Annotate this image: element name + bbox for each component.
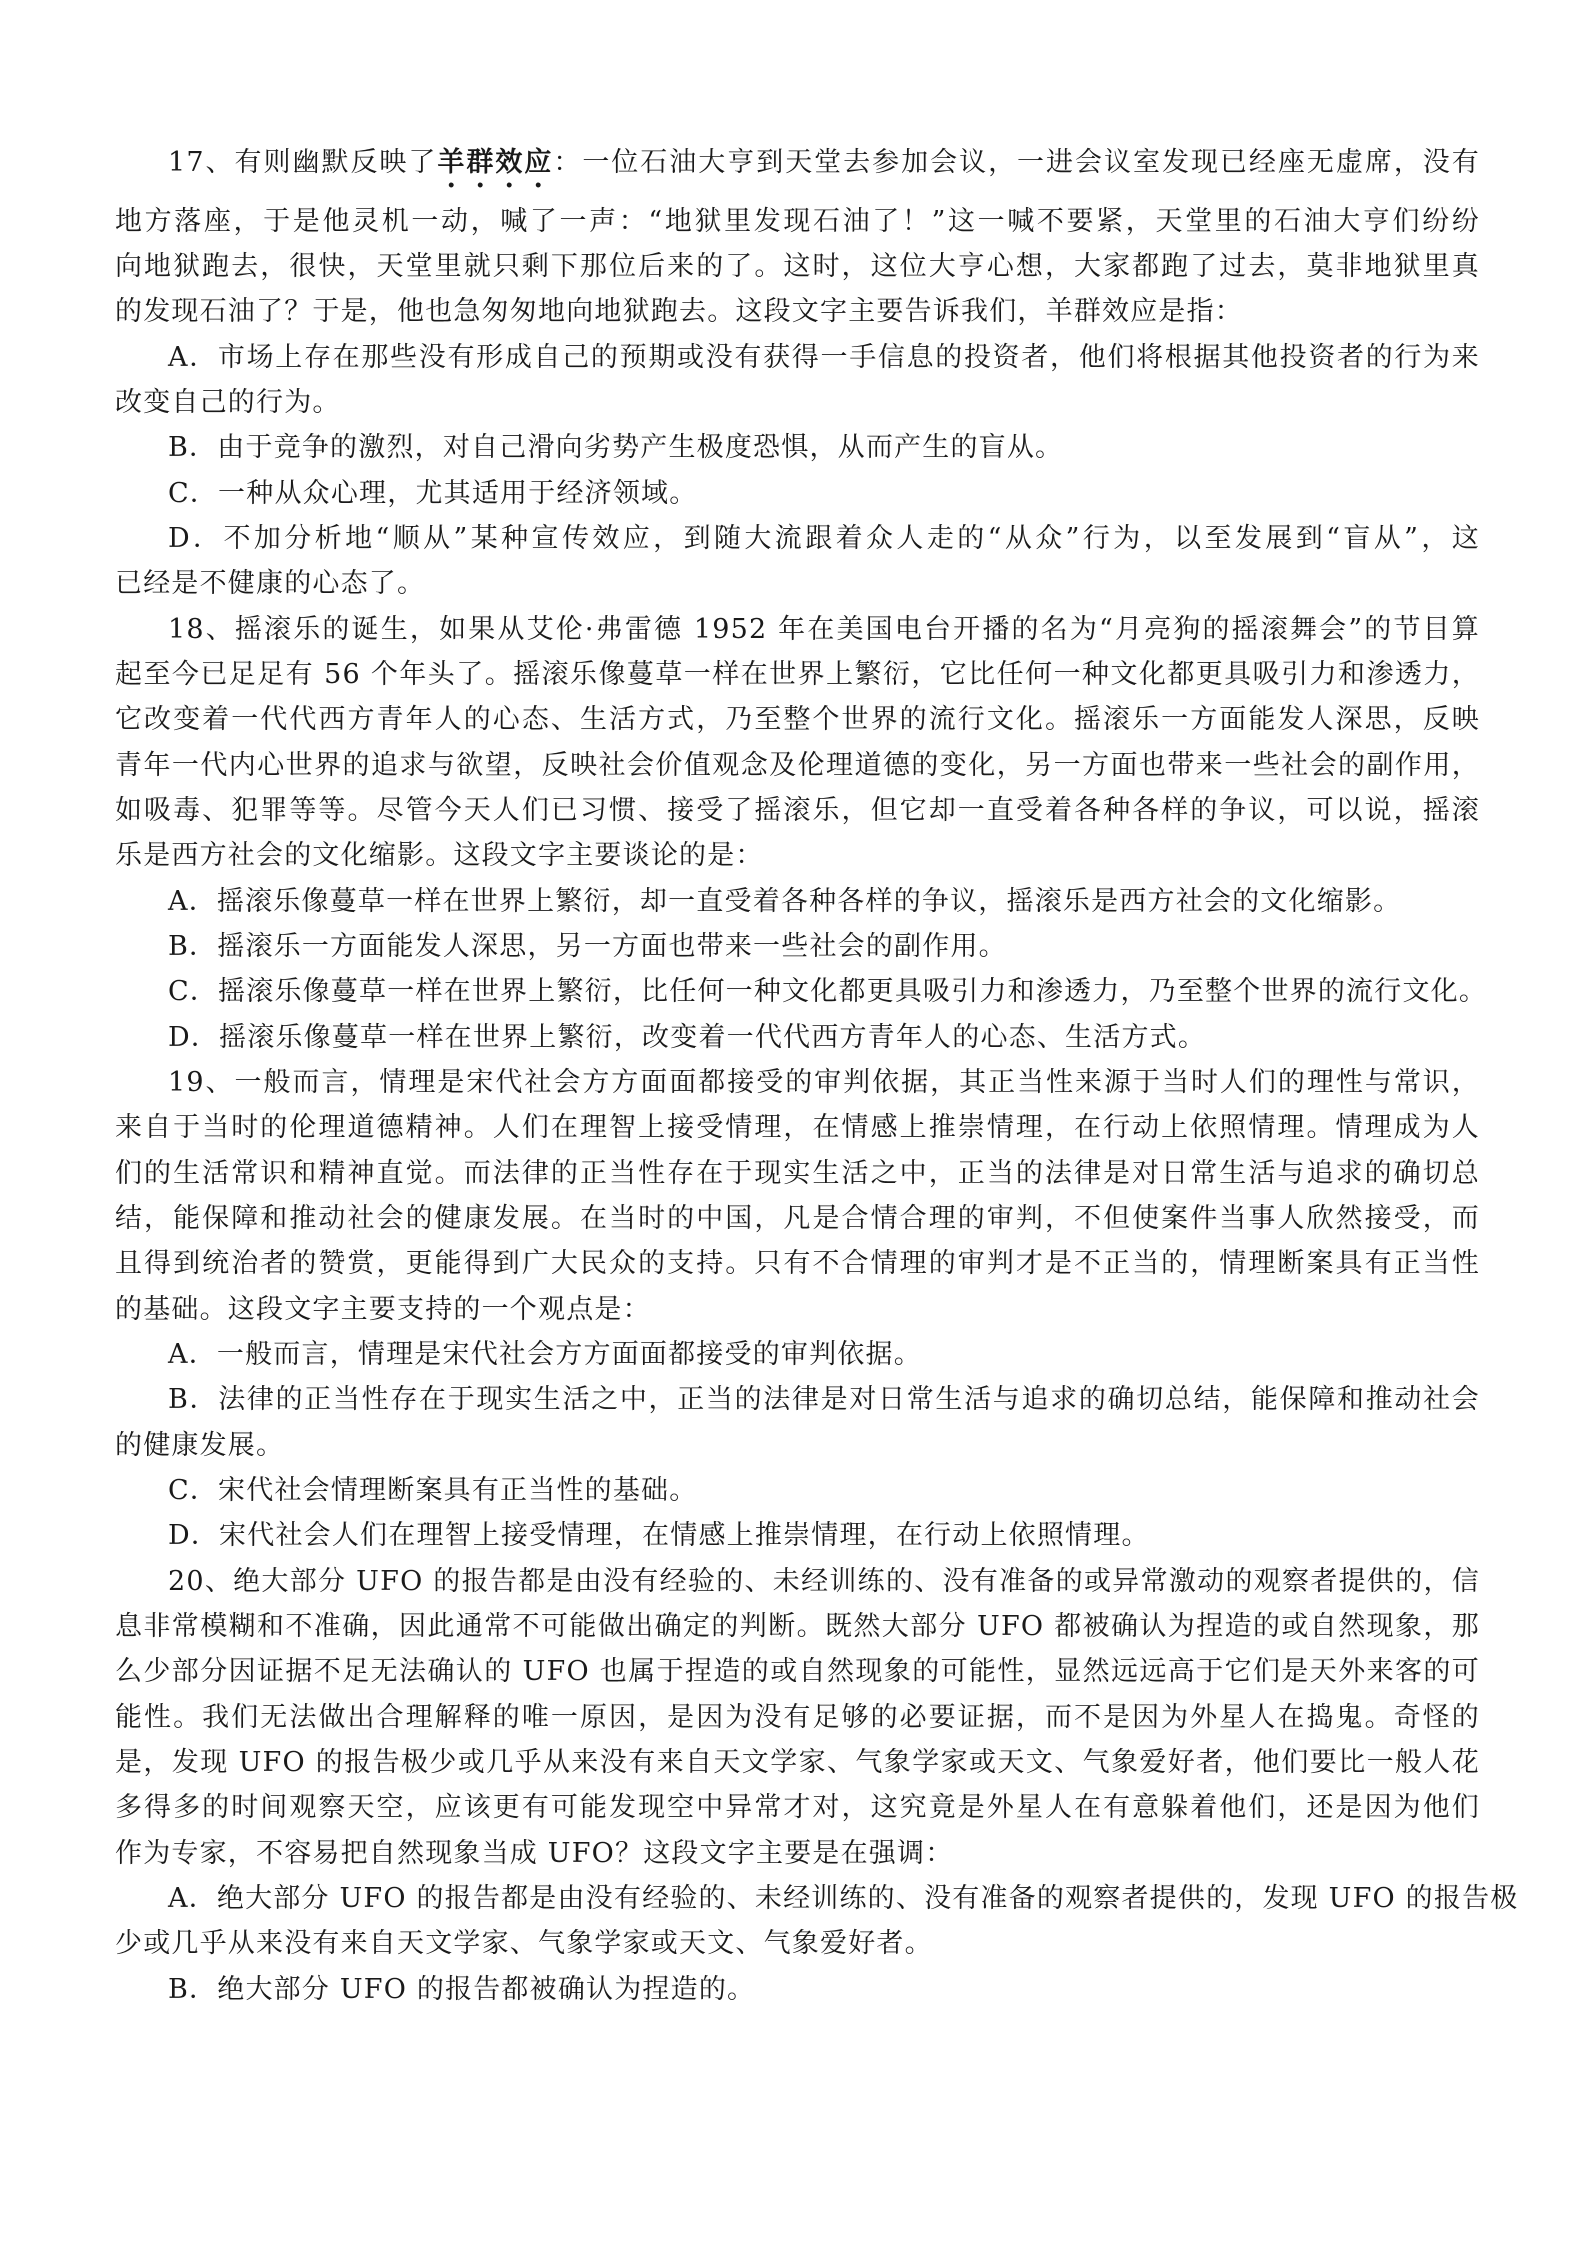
question-17-option-d-line-1: D．不加分析地“顺从”某种宣传效应，到随大流跟着众人走的“从众”行为，以至发展到… (168, 517, 1480, 561)
question-20-option-a-line-2: 少或几乎从来没有来自天文学家、气象学家或天文、气象爱好者。 (115, 1922, 1480, 1966)
question-17-stem-line-1: 17、有则幽默反映了羊群效应：一位石油大亨到天堂去参加会议，一进会议室发现已经座… (168, 141, 1480, 185)
question-18-stem-line-1: 18、摇滚乐的诞生，如果从艾伦·弗雷德 1952 年在美国电台开播的名为“月亮狗… (168, 608, 1480, 652)
question-20-stem-line-7: 作为专家，不容易把自然现象当成 UFO？这段文字主要是在强调： (115, 1832, 1480, 1876)
question-18-option-c: C．摇滚乐像蔓草一样在世界上繁衍，比任何一种文化都更具吸引力和渗透力，乃至整个世… (168, 970, 1480, 1014)
question-20-stem-line-6: 多得多的时间观察天空，应该更有可能发现空中异常才对，这究竟是外星人在有意躲着他们… (115, 1786, 1480, 1830)
question-19-stem-line-2: 来自于当时的伦理道德精神。人们在理智上接受情理，在情感上推崇情理，在行动上依照情… (115, 1106, 1480, 1150)
question-18-stem-line-3: 它改变着一代代西方青年人的心态、生活方式，乃至整个世界的流行文化。摇滚乐一方面能… (115, 698, 1480, 742)
question-17-stem-line-2: 地方落座，于是他灵机一动，喊了一声：“地狱里发现石油了！”这一喊不要紧，天堂里的… (115, 200, 1480, 244)
question-18-stem-line-4: 青年一代内心世界的追求与欲望，反映社会价值观念及伦理道德的变化，另一方面也带来一… (115, 744, 1480, 788)
question-17-option-a-line-1: A．市场上存在那些没有形成自己的预期或没有获得一手信息的投资者，他们将根据其他投… (168, 336, 1480, 380)
question-19-option-b-line-2: 的健康发展。 (115, 1424, 1480, 1468)
question-17-lead-text: 17、有则幽默反映了 (168, 147, 437, 178)
question-17-stem-line-3: 向地狱跑去，很快，天堂里就只剩下那位后来的了。这时，这位大亨心想，大家都跑了过去… (115, 245, 1480, 289)
question-18-stem-line-2: 起至今已足足有 56 个年头了。摇滚乐像蔓草一样在世界上繁衍，它比任何一种文化都… (115, 653, 1480, 697)
question-17-stem-line-4: 的发现石油了？于是，他也急匆匆地向地狱跑去。这段文字主要告诉我们，羊群效应是指： (115, 290, 1480, 334)
question-19-stem-line-6: 的基础。这段文字主要支持的一个观点是： (115, 1288, 1480, 1332)
question-19-option-a: A．一般而言，情理是宋代社会方方面面都接受的审判依据。 (168, 1333, 1480, 1377)
emphasized-term: 羊群效应 (437, 147, 553, 178)
question-18-option-b: B．摇滚乐一方面能发人深思，另一方面也带来一些社会的副作用。 (168, 925, 1480, 969)
question-19-option-c: C．宋代社会情理断案具有正当性的基础。 (168, 1469, 1480, 1513)
question-20-stem-line-1: 20、绝大部分 UFO 的报告都是由没有经验的、未经训练的、没有准备的或异常激动… (168, 1560, 1480, 1604)
question-20-stem-line-5: 是，发现 UFO 的报告极少或几乎从来没有来自天文学家、气象学家或天文、气象爱好… (115, 1741, 1480, 1785)
question-19-stem-line-4: 结，能保障和推动社会的健康发展。在当时的中国，凡是合情合理的审判，不但使案件当事… (115, 1197, 1480, 1241)
question-20-stem-line-4: 能性。我们无法做出合理解释的唯一原因，是因为没有足够的必要证据，而不是因为外星人… (115, 1696, 1480, 1740)
question-18-option-d: D．摇滚乐像蔓草一样在世界上繁衍，改变着一代代西方青年人的心态、生活方式。 (168, 1016, 1480, 1060)
question-19-stem-line-5: 且得到统治者的赞赏，更能得到广大民众的支持。只有不合情理的审判才是不正当的，情理… (115, 1242, 1480, 1286)
question-20-option-b: B．绝大部分 UFO 的报告都被确认为捏造的。 (168, 1968, 1480, 2012)
question-18-option-a: A．摇滚乐像蔓草一样在世界上繁衍，却一直受着各种各样的争议，摇滚乐是西方社会的文… (168, 880, 1480, 924)
question-20-stem-line-3: 么少部分因证据不足无法确认的 UFO 也属于捏造的或自然现象的可能性，显然远远高… (115, 1650, 1480, 1694)
question-17-option-a-line-2: 改变自己的行为。 (115, 381, 1480, 425)
question-19-option-d: D．宋代社会人们在理智上接受情理，在情感上推崇情理，在行动上依照情理。 (168, 1514, 1480, 1558)
question-17-lead-rest: ：一位石油大亨到天堂去参加会议，一进会议室发现已经座无虚席，没有 (553, 147, 1480, 178)
question-17-option-b: B．由于竞争的激烈，对自己滑向劣势产生极度恐惧，从而产生的盲从。 (168, 426, 1480, 470)
question-19-option-b-line-1: B．法律的正当性存在于现实生活之中，正当的法律是对日常生活与追求的确切总结，能保… (168, 1378, 1480, 1422)
question-17-option-c: C．一种从众心理，尤其适用于经济领域。 (168, 472, 1480, 516)
document-page: 17、有则幽默反映了羊群效应：一位石油大亨到天堂去参加会议，一进会议室发现已经座… (0, 0, 1594, 2252)
question-17-option-d-line-2: 已经是不健康的心态了。 (115, 562, 1480, 606)
question-20-option-a-line-1: A．绝大部分 UFO 的报告都是由没有经验的、未经训练的、没有准备的观察者提供的… (168, 1877, 1480, 1921)
question-19-stem-line-3: 们的生活常识和精神直觉。而法律的正当性存在于现实生活之中，正当的法律是对日常生活… (115, 1152, 1480, 1196)
question-18-stem-line-6: 乐是西方社会的文化缩影。这段文字主要谈论的是： (115, 834, 1480, 878)
question-20-stem-line-2: 息非常模糊和不准确，因此通常不可能做出确定的判断。既然大部分 UFO 都被确认为… (115, 1605, 1480, 1649)
question-19-stem-line-1: 19、一般而言，情理是宋代社会方方面面都接受的审判依据，其正当性来源于当时人们的… (168, 1061, 1480, 1105)
question-18-stem-line-5: 如吸毒、犯罪等等。尽管今天人们已习惯、接受了摇滚乐，但它却一直受着各种各样的争议… (115, 789, 1480, 833)
